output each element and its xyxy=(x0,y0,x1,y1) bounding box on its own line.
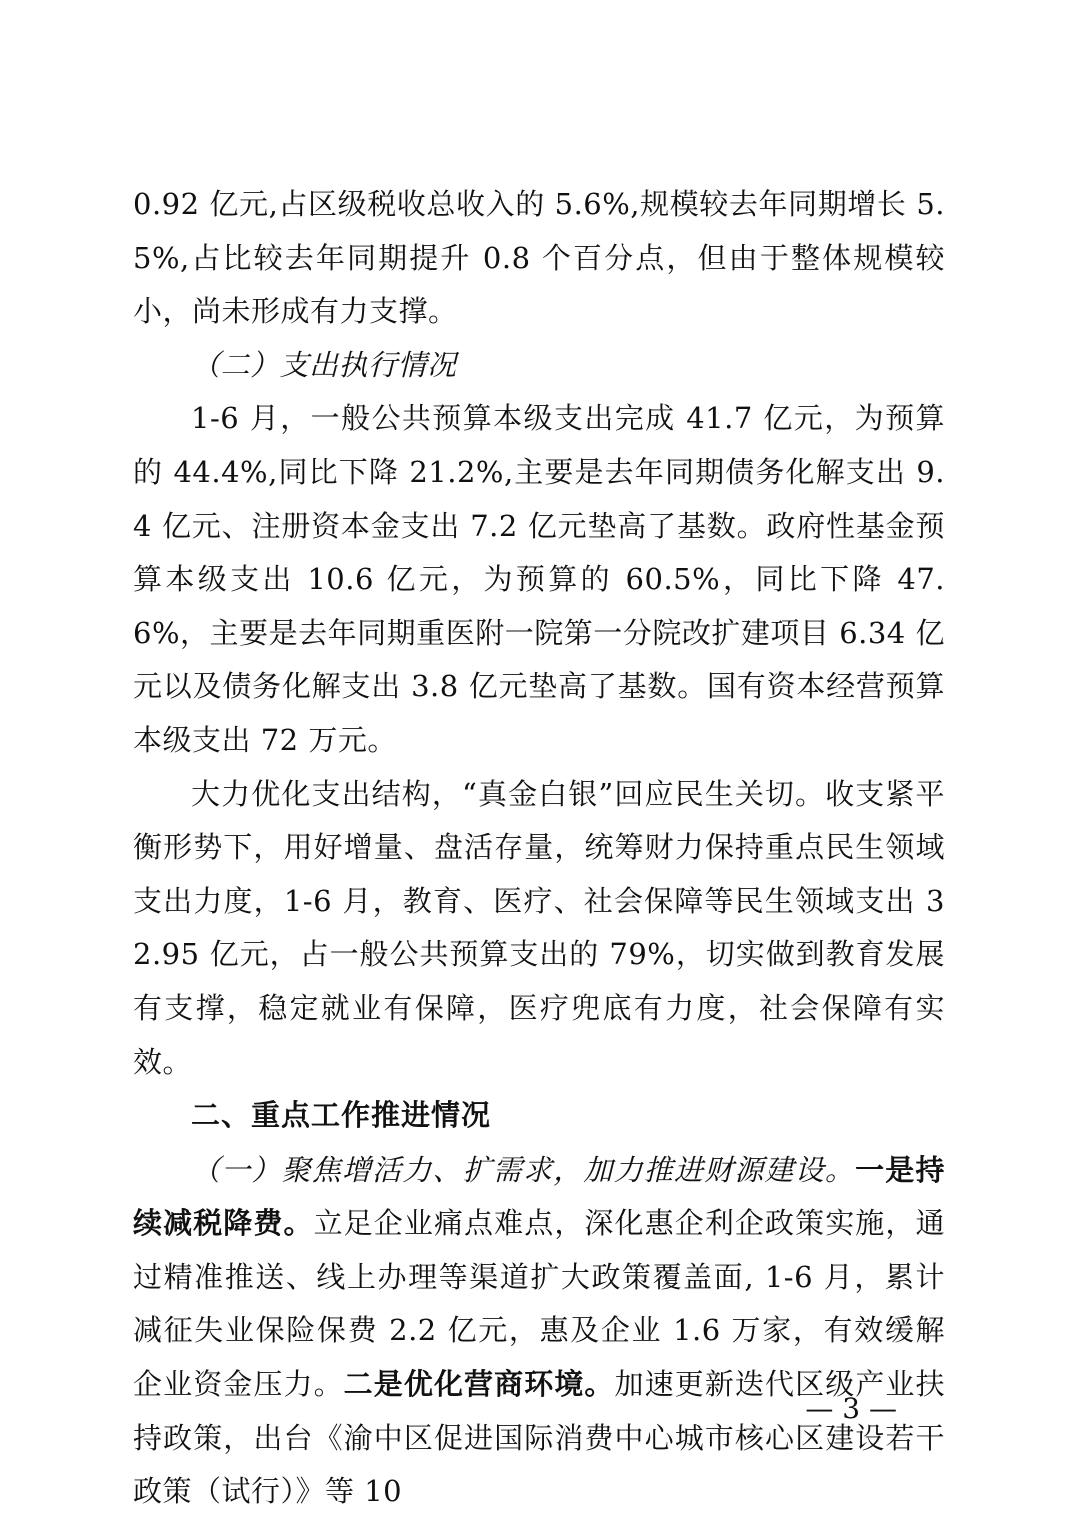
document-page: 0.92 亿元,占区级税收总收入的 5.6%,规模较去年同期增长 5.5%,占比… xyxy=(0,0,1074,1520)
text-segment: （二）支出执行情况 xyxy=(191,348,457,382)
page-number: — 3 — xyxy=(805,1392,897,1426)
text-segment: 0.92 亿元,占区级税收总收入的 5.6%,规模较去年同期增长 5.5%,占比… xyxy=(133,187,945,328)
text-segment: 二是优化营商环境。 xyxy=(344,1367,615,1401)
paragraph-expenditure-structure: 大力优化支出结构，“真金白银”回应民生关切。收支紧平衡形势下，用好增量、盘活存量… xyxy=(133,768,945,1090)
heading-key-work-progress: 二、重点工作推进情况 xyxy=(133,1089,945,1144)
subheading-expenditure-execution: （二）支出执行情况 xyxy=(133,339,945,393)
text-block: 0.92 亿元,占区级税收总收入的 5.6%,规模较去年同期增长 5.5%,占比… xyxy=(133,178,945,1519)
text-segment: 大力优化支出结构，“真金白银”回应民生关切。收支紧平衡形势下，用好增量、盘活存量… xyxy=(133,777,945,1079)
text-segment: 二、重点工作推进情况 xyxy=(191,1100,491,1132)
paragraph-key-work-item-1: （一）聚焦增活力、扩需求，加力推进财源建设。一是持续减税降费。立足企业痛点难点，… xyxy=(133,1144,945,1519)
text-segment: （一）聚焦增活力、扩需求，加力推进财源建设。 xyxy=(191,1153,855,1187)
paragraph-revenue-continuation: 0.92 亿元,占区级税收总收入的 5.6%,规模较去年同期增长 5.5%,占比… xyxy=(133,178,945,339)
text-segment: 1-6 月，一般公共预算本级支出完成 41.7 亿元，为预算的 44.4%,同比… xyxy=(133,401,945,757)
paragraph-expenditure-detail: 1-6 月，一般公共预算本级支出完成 41.7 亿元，为预算的 44.4%,同比… xyxy=(133,392,945,767)
